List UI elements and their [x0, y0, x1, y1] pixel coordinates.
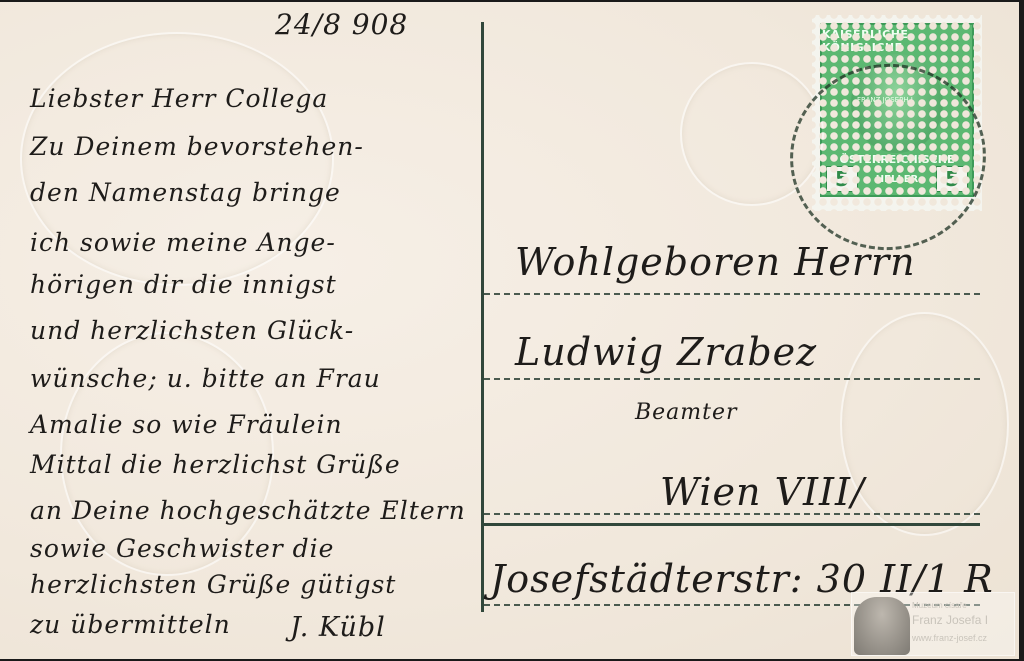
- museum-watermark: Muzeum císaře Franz Josefa I www.franz-j…: [851, 592, 1015, 656]
- address-city: Wien VIII/: [660, 470, 865, 514]
- watermark-line1: Muzeum císaře: [912, 601, 967, 610]
- message-line: Liebster Herr Collega: [30, 84, 328, 113]
- message-line: zu übermitteln: [30, 610, 231, 639]
- address-line: [484, 378, 980, 380]
- message-line: wünsche; u. bitte an Frau: [30, 364, 381, 393]
- date: 24/8 908: [275, 8, 408, 41]
- message-line: sowie Geschwister die: [30, 534, 334, 563]
- message-line: Amalie so wie Fräulein: [30, 410, 343, 439]
- message-line: den Namenstag bringe: [30, 178, 341, 207]
- message-line: und herzlichsten Glück-: [30, 316, 354, 345]
- address-name: Ludwig Zrabez: [515, 330, 817, 374]
- message-line: Zu Deinem bevorstehen-: [30, 132, 364, 161]
- signature: J. Kübl: [290, 612, 386, 643]
- message-line: ich sowie meine Ange-: [30, 228, 336, 257]
- stamp-top-text: KAISERLICHE KÖNIGLICHE: [822, 28, 972, 54]
- message-line: Mittal die herzlichst Grüße: [30, 450, 401, 479]
- emperor-bust-icon: [854, 597, 910, 655]
- embossed-medallion: [840, 312, 1009, 536]
- message-line: hörigen dir die innigst: [30, 270, 337, 299]
- message-line: herzlichsten Grüße gütigst: [30, 570, 396, 599]
- address-salutation: Wohlgeboren Herrn: [515, 240, 916, 284]
- address-line: [484, 513, 980, 515]
- address-title: Beamter: [635, 400, 738, 425]
- postcard: 24/8 908 Liebster Herr Collega Zu Deinem…: [0, 2, 1019, 659]
- address-line: [484, 293, 980, 295]
- message-line: an Deine hochgeschätzte Eltern: [30, 496, 466, 525]
- address-separator: [484, 523, 980, 526]
- watermark-url: www.franz-josef.cz: [912, 633, 987, 643]
- watermark-line2: Franz Josefa I: [912, 613, 988, 627]
